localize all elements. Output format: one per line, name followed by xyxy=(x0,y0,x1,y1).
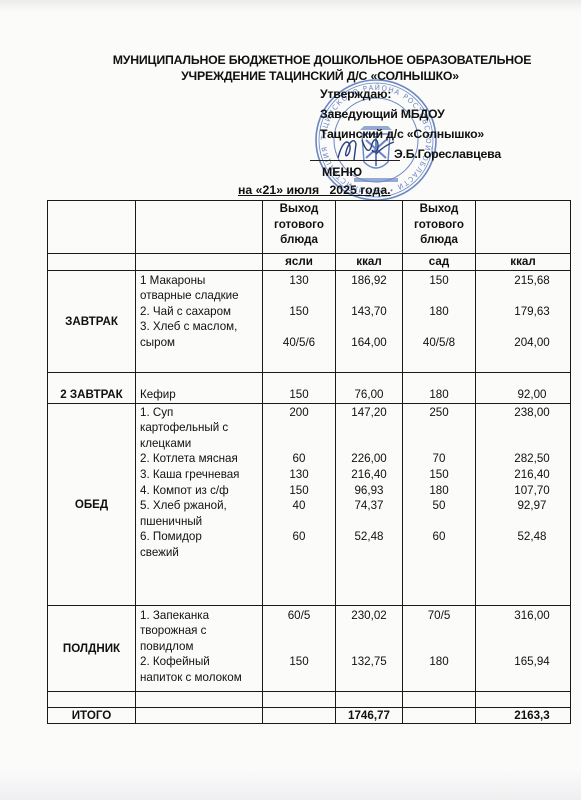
value-line xyxy=(340,514,398,530)
value-line: 70 xyxy=(407,451,471,467)
meal-name: ПОЛДНИК xyxy=(48,605,136,691)
dish-line: творожная с xyxy=(140,623,258,639)
meal-name: ОБЕД xyxy=(48,403,136,605)
value-line xyxy=(498,436,566,452)
value-line: 60 xyxy=(407,529,471,545)
value-line xyxy=(407,639,471,655)
value-line xyxy=(340,545,398,561)
dish-list: 1. Супкартофельный склецками2. Котлета м… xyxy=(136,403,263,605)
value-line xyxy=(340,436,398,452)
header-cell-kcal-nursery xyxy=(336,201,403,254)
empty-cell xyxy=(136,691,263,707)
value-line: 165,94 xyxy=(498,654,566,670)
dish-line: 2. Котлета мясная xyxy=(140,451,258,467)
dish-line: клецками xyxy=(140,436,258,452)
kcal-garden: 316,00165,94 xyxy=(476,605,571,691)
value-line xyxy=(340,288,398,304)
dish-line: 1 Макароны xyxy=(140,273,258,289)
empty-cell xyxy=(336,691,403,707)
dish-line: напиток с молоком xyxy=(140,670,258,686)
dish-list: 1 Макароныотварные сладкие2. Чай с сахар… xyxy=(136,270,263,372)
value-line xyxy=(340,623,398,639)
header-cell-dish xyxy=(136,201,263,254)
value-line: 230,02 xyxy=(340,608,398,624)
empty-cell xyxy=(403,691,476,707)
value-line xyxy=(407,288,471,304)
value-line: 60 xyxy=(267,529,331,545)
table-row-empty xyxy=(48,691,571,707)
value-line: 180 xyxy=(407,304,471,320)
header-text: Выход xyxy=(407,201,471,217)
subheader-kcal: ккал xyxy=(476,254,571,271)
kcal-garden: 238,00282,50216,40107,7092,9752,48 xyxy=(476,403,571,605)
value-line: 60/5 xyxy=(267,608,331,624)
value-line: 150 xyxy=(267,654,331,670)
dish-line: 2. Кофейный xyxy=(140,654,258,670)
yield-nursery: 60/5150 xyxy=(263,605,336,691)
dish-line: сыром xyxy=(140,335,258,351)
header-text: готового xyxy=(407,217,471,233)
value-line: 40/5/6 xyxy=(267,335,331,351)
kcal-nursery: 76,00 xyxy=(336,372,403,403)
yield-nursery: 150 xyxy=(263,372,336,403)
menu-table: Выход готового блюда Выход готового блюд… xyxy=(47,200,571,724)
value-line xyxy=(340,670,398,686)
value-line xyxy=(267,288,331,304)
dish-line: 6. Помидор xyxy=(140,529,258,545)
dish-line: 2. Чай с сахаром xyxy=(140,304,258,320)
subheader-cell xyxy=(48,254,136,271)
total-kcal-nursery: 1746,77 xyxy=(336,707,403,724)
yield-garden: 180 xyxy=(403,372,476,403)
institution-title-line2: УЧРЕЖДЕНИЕ ТАЦИНСКИЙ Д/С «СОЛНЫШКО» xyxy=(150,68,490,84)
value-line: 226,00 xyxy=(340,451,398,467)
value-line xyxy=(267,670,331,686)
value-line: 215,68 xyxy=(498,273,566,289)
value-line xyxy=(498,514,566,530)
dish-line: свежий xyxy=(140,545,258,561)
value-line xyxy=(267,514,331,530)
table-row: ПОЛДНИК 1. Запеканкатворожная сповидлом2… xyxy=(48,605,571,691)
total-label: ИТОГО xyxy=(48,707,136,724)
menu-date: на «21» июля 2025 года. xyxy=(238,182,391,198)
kcal-garden: 92,00 xyxy=(476,372,571,403)
value-line: 96,93 xyxy=(340,483,398,499)
table-header-row: Выход готового блюда Выход готового блюд… xyxy=(48,201,571,254)
value-line: 147,20 xyxy=(340,405,398,421)
dish-line: 5. Хлеб ржаной, xyxy=(140,498,258,514)
value-line: 180 xyxy=(407,654,471,670)
value-line xyxy=(498,545,566,561)
value-line xyxy=(407,514,471,530)
value-line xyxy=(498,420,566,436)
value-line xyxy=(407,420,471,436)
dish-list: Кефир xyxy=(136,372,263,403)
value-line: 150 xyxy=(267,304,331,320)
value-line: 70/5 xyxy=(407,608,471,624)
institution-title-line1: МУНИЦИПАЛЬНОЕ БЮДЖЕТНОЕ ДОШКОЛЬНОЕ ОБРАЗ… xyxy=(92,52,552,68)
value-line xyxy=(407,436,471,452)
kcal-nursery: 186,92143,70164,00 xyxy=(336,270,403,372)
value-line: 143,70 xyxy=(340,304,398,320)
yield-garden: 250701501805060 xyxy=(403,403,476,605)
subheader-kcal: ккал xyxy=(336,254,403,271)
value-line: 250 xyxy=(407,405,471,421)
kcal-nursery: 147,20226,00216,4096,9374,3752,48 xyxy=(336,403,403,605)
value-line xyxy=(498,288,566,304)
approval-label: Утверждаю: xyxy=(320,86,391,102)
value-line: 60 xyxy=(267,451,331,467)
menu-title: МЕНЮ xyxy=(322,164,362,180)
page-edge-shadow xyxy=(0,0,581,12)
subheader-garden: сад xyxy=(403,254,476,271)
dish-line: отварные сладкие xyxy=(140,288,258,304)
dish-line: картофельный с xyxy=(140,420,258,436)
value-line xyxy=(498,319,566,335)
value-line: 130 xyxy=(267,467,331,483)
value-line: 52,48 xyxy=(498,529,566,545)
value-line xyxy=(267,420,331,436)
value-line: 40/5/8 xyxy=(407,335,471,351)
dish-line: 1. Запеканка xyxy=(140,608,258,624)
value-line xyxy=(267,623,331,639)
value-line: 204,00 xyxy=(498,335,566,351)
total-kcal-garden: 2163,3 xyxy=(476,707,571,724)
value-line xyxy=(407,319,471,335)
yield-garden: 70/5180 xyxy=(403,605,476,691)
value-line: 216,40 xyxy=(498,467,566,483)
value-line: 164,00 xyxy=(340,335,398,351)
approval-signatory: Э.Б.Гореславцева xyxy=(394,146,501,162)
value-line: 130 xyxy=(267,273,331,289)
value-line xyxy=(498,670,566,686)
empty-cell xyxy=(263,691,336,707)
value-line: 150 xyxy=(267,387,331,403)
value-line: 50 xyxy=(407,498,471,514)
dish-list: 1. Запеканкатворожная сповидлом2. Кофейн… xyxy=(136,605,263,691)
signature-line xyxy=(310,160,400,161)
value-line: 40 xyxy=(267,498,331,514)
value-line xyxy=(340,420,398,436)
value-line: 76,00 xyxy=(340,387,398,403)
header-text: блюда xyxy=(267,232,331,248)
header-cell-yield-nursery: Выход готового блюда xyxy=(263,201,336,254)
kcal-nursery: 230,02132,75 xyxy=(336,605,403,691)
value-line xyxy=(498,623,566,639)
empty-cell xyxy=(48,691,136,707)
meal-name: 2 ЗАВТРАК xyxy=(48,372,136,403)
header-text: блюда xyxy=(407,232,471,248)
subheader-cell xyxy=(136,254,263,271)
kcal-garden: 215,68179,63204,00 xyxy=(476,270,571,372)
value-line: 180 xyxy=(407,483,471,499)
dish-line: 4. Компот из с/ф xyxy=(140,483,258,499)
table-row: 2 ЗАВТРАК Кефир 150 76,00 180 92,00 xyxy=(48,372,571,403)
value-line xyxy=(267,319,331,335)
value-line: 216,40 xyxy=(340,467,398,483)
value-line xyxy=(340,319,398,335)
value-line: 316,00 xyxy=(498,608,566,624)
value-line: 150 xyxy=(267,483,331,499)
empty-cell xyxy=(263,707,336,724)
value-line: 179,63 xyxy=(498,304,566,320)
dish-line: 1. Суп xyxy=(140,405,258,421)
value-line: 180 xyxy=(407,387,471,403)
value-line: 92,00 xyxy=(498,387,566,403)
value-line xyxy=(407,670,471,686)
empty-cell xyxy=(403,707,476,724)
table-row: ОБЕД 1. Супкартофельный склецками2. Котл… xyxy=(48,403,571,605)
page-edge-shadow xyxy=(0,770,581,800)
value-line: 238,00 xyxy=(498,405,566,421)
value-line xyxy=(267,545,331,561)
value-line: 74,37 xyxy=(340,498,398,514)
value-line xyxy=(498,639,566,655)
header-cell-kcal-garden xyxy=(476,201,571,254)
value-line xyxy=(267,436,331,452)
yield-nursery: 13015040/5/6 xyxy=(263,270,336,372)
value-line xyxy=(267,639,331,655)
table-subheader-row: ясли ккал сад ккал xyxy=(48,254,571,271)
value-line: 92,97 xyxy=(498,498,566,514)
value-line xyxy=(407,623,471,639)
value-line xyxy=(340,639,398,655)
dish-line: пшеничный xyxy=(140,514,258,530)
header-cell-yield-garden: Выход готового блюда xyxy=(403,201,476,254)
subheader-nursery: ясли xyxy=(263,254,336,271)
dish-line: 3. Хлеб с маслом, xyxy=(140,319,258,335)
header-cell-meal xyxy=(48,201,136,254)
table-row-total: ИТОГО 1746,77 2163,3 xyxy=(48,707,571,724)
empty-cell xyxy=(476,691,571,707)
yield-garden: 15018040/5/8 xyxy=(403,270,476,372)
dish-line: повидлом xyxy=(140,639,258,655)
value-line: 186,92 xyxy=(340,273,398,289)
value-line: 132,75 xyxy=(340,654,398,670)
value-line: 107,70 xyxy=(498,483,566,499)
approval-organization: Тацинский д/с «Солнышко» xyxy=(320,126,484,142)
header-text: готового xyxy=(267,217,331,233)
yield-nursery: 200601301504060 xyxy=(263,403,336,605)
approval-position: Заведующий МБДОУ xyxy=(320,106,445,122)
dish-line: Кефир xyxy=(140,387,258,403)
value-line: 150 xyxy=(407,467,471,483)
value-line: 52,48 xyxy=(340,529,398,545)
value-line: 282,50 xyxy=(498,451,566,467)
table-row: ЗАВТРАК 1 Макароныотварные сладкие2. Чай… xyxy=(48,270,571,372)
value-line: 200 xyxy=(267,405,331,421)
meal-name: ЗАВТРАК xyxy=(48,270,136,372)
dish-line: 3. Каша гречневая xyxy=(140,467,258,483)
header-text: Выход xyxy=(267,201,331,217)
value-line xyxy=(407,545,471,561)
value-line: 150 xyxy=(407,273,471,289)
empty-cell xyxy=(136,707,263,724)
